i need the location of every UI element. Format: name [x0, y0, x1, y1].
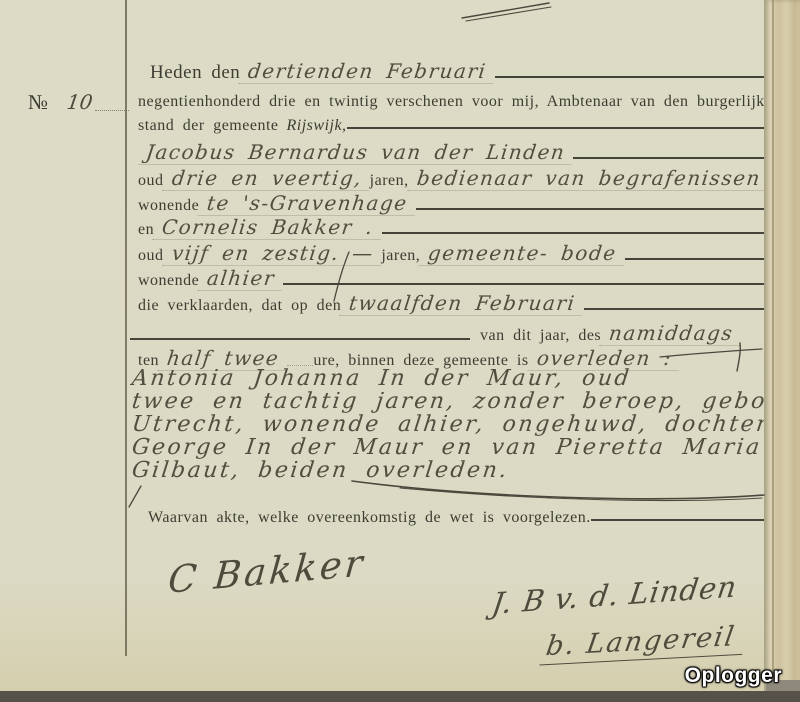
handwritten-deceased-age-occupation: twee en tachtig jaren, zonder beroep, ge…: [130, 389, 764, 414]
handwritten-death-date: twaalfden Februari: [340, 291, 586, 316]
rule-fill: [625, 258, 764, 260]
handwritten-declarant2-name: Cornelis Bakker .: [153, 215, 384, 240]
handwritten-deceased-birthplace-residence: Utrecht, wonende alhier, ongehuwd, docht…: [130, 412, 764, 437]
closing-flourish: [352, 481, 764, 499]
handwritten-mother-surname: Gilbaut, beiden overleden.: [130, 458, 512, 483]
printed-jaren: jaren,: [381, 247, 420, 265]
rule-fill: [130, 338, 470, 340]
printed-year-text: negentienhonderd drie en twintig versche…: [138, 93, 764, 111]
signature-van-der-linden: J. B v. d. Linden: [490, 569, 740, 621]
rule-fill: [591, 519, 764, 521]
rule-fill: [416, 208, 764, 210]
form-line-declarant2-age: oud vijf en zestig. — jaren, gemeente- b…: [138, 241, 764, 266]
form-line-declarant1-age: oud drie en veertig, jaren, bedienaar va…: [138, 166, 764, 191]
form-line-heden: Heden den dertienden Februari: [138, 59, 764, 84]
printed-stand-der-gemeente: stand der gemeente: [138, 117, 279, 135]
rule-fill: [495, 76, 764, 78]
handwritten-deceased-oud: oud: [563, 366, 633, 391]
page-edge-crease: [772, 0, 774, 691]
scan-bottom-strip: [0, 691, 800, 702]
handwritten-father-mother: George In der Maur en van Pieretta Maria: [130, 435, 764, 460]
signature-bakker: C Bakker: [166, 541, 367, 602]
form-line-closing: Waarvan akte, welke overeenkomstig de we…: [138, 509, 764, 527]
act-number-symbol: №: [28, 90, 49, 115]
rule-fill: [573, 157, 764, 159]
handwritten-declarant2-residence: alhier: [198, 266, 285, 291]
printed-closing-statement: Waarvan akte, welke overeenkomstig de we…: [148, 509, 591, 527]
handwritten-deceased-name: Antonia Johanna In der Maur,: [130, 366, 566, 391]
death-certificate-page: № 10 Heden den dertienden Februari negen…: [0, 0, 800, 702]
form-line-declarant2-residence: wonende alhier: [138, 266, 764, 291]
rule-fill: [347, 127, 764, 129]
printed-heden-den: Heden den: [150, 62, 240, 84]
form-line-declarant2-name: en Cornelis Bakker .: [138, 215, 764, 240]
handwritten-daypart: namiddags: [600, 321, 743, 346]
body-line-deceased-age: twee en tachtig jaren, zonder beroep, ge…: [130, 389, 764, 414]
act-number: № 10: [28, 90, 129, 115]
form-line-year: negentienhonderd drie en twintig versche…: [138, 93, 764, 111]
handwritten-declarant2-occupation: gemeente- bode: [419, 241, 627, 266]
top-pen-flourish: [462, 3, 549, 18]
printed-die-verklaarden: die verklaarden, dat op den: [138, 297, 341, 315]
printed-jaren: jaren,: [370, 172, 409, 190]
handwritten-declarant1-occupation: bedienaar van begrafenissen: [407, 166, 764, 191]
printed-oud: oud: [138, 172, 164, 190]
rule-fill: [382, 232, 764, 234]
form-line-death-date: die verklaarden, dat op den twaalfden Fe…: [138, 291, 764, 316]
handwritten-declarant1-age: drie en veertig,: [162, 166, 371, 191]
handwritten-declarant1-residence: te 's-Gravenhage: [198, 191, 418, 216]
oplogger-watermark: Oplogger: [685, 664, 782, 688]
form-line-declarant1-residence: wonende te 's-Gravenhage: [138, 191, 764, 216]
printed-oud: oud: [138, 247, 164, 265]
act-number-value: 10: [65, 90, 94, 114]
printed-van-dit-jaar: van dit jaar, des: [480, 327, 601, 345]
body-line-parents2: Gilbaut, beiden overleden.: [130, 458, 764, 483]
signature-registrar: b. Langereil: [539, 621, 747, 666]
rule-fill: [283, 283, 764, 285]
body-line-deceased-residence: Utrecht, wonende alhier, ongehuwd, docht…: [130, 412, 764, 437]
printed-gemeente-name: Rijswijk,: [287, 117, 347, 135]
printed-wonende: wonende: [138, 272, 199, 290]
form-line-gemeente: stand der gemeente Rijswijk,: [138, 117, 764, 135]
body-line-parents: George In der Maur en van Pieretta Maria: [130, 435, 764, 460]
handwritten-declarant1-name: Jacobus Bernardus van der Linden: [138, 140, 575, 165]
form-line-daypart: van dit jaar, des namiddags: [130, 321, 764, 346]
handwritten-declarant2-age: vijf en zestig. —: [162, 241, 383, 266]
page-right-edge: [764, 0, 800, 691]
form-line-declarant1-name: Jacobus Bernardus van der Linden: [138, 140, 764, 165]
margin-pen-tick: [129, 486, 141, 507]
rule-fill: [584, 308, 764, 310]
printed-wonende: wonende: [138, 197, 199, 215]
printed-en: en: [138, 221, 154, 239]
body-line-deceased-name: Antonia Johanna In der Maur, oud: [130, 366, 764, 391]
handwritten-date: dertienden Februari: [239, 59, 497, 84]
act-number-dotted-line: [95, 110, 129, 111]
